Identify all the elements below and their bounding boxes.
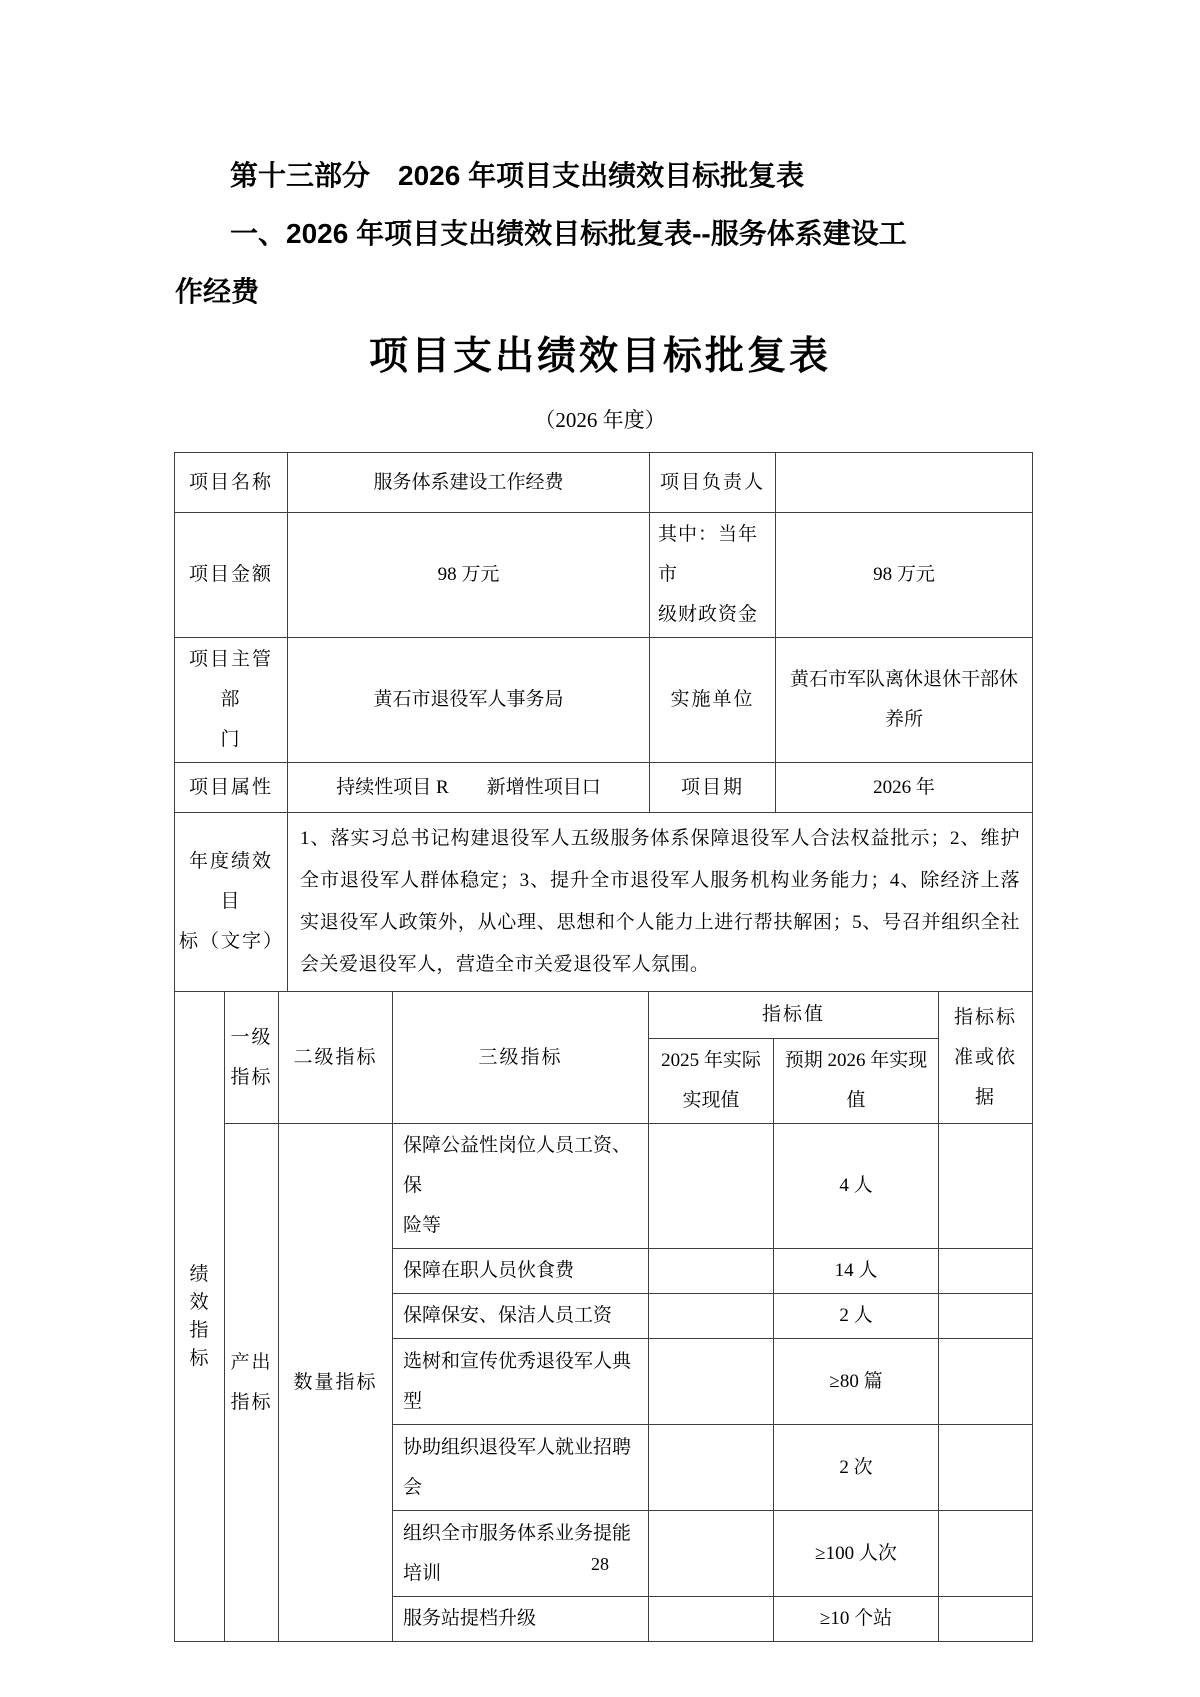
- sub-heading-line1: 一、2026 年项目支出绩效目标批复表--服务体系建设工: [230, 216, 907, 252]
- indicator-name: 选树和宣传优秀退役军人典 型: [393, 1339, 649, 1425]
- actual-2025-value: [649, 1294, 774, 1339]
- row-department: 项目主管部 门 黄石市退役军人事务局 实施单位 黄石市军队离休退休干部休 养所: [175, 638, 1033, 763]
- page-number: 28: [0, 1552, 1200, 1576]
- expected-2026-value: ≥80 篇: [774, 1339, 939, 1425]
- standard-value: [939, 1425, 1033, 1511]
- actual-2025-header: 2025 年实际 实现值: [649, 1039, 774, 1124]
- indicator-name: 保障保安、保洁人员工资: [393, 1294, 649, 1339]
- indicator-header-row-top: 绩 效 指 标 一级 指标 二级指标 三级指标 指标值 指标标 准或依 据: [175, 992, 1033, 1039]
- performance-section-label: 绩 效 指 标: [175, 992, 225, 1642]
- annual-goal-label: 年度绩效目 标（文字）: [175, 813, 288, 992]
- level2-header: 二级指标: [279, 992, 393, 1124]
- performance-indicator-table: 绩 效 指 标 一级 指标 二级指标 三级指标 指标值 指标标 准或依 据 20…: [174, 991, 1033, 1642]
- expected-2026-header: 预期 2026 年实现 值: [774, 1039, 939, 1124]
- level3-header: 三级指标: [393, 992, 649, 1124]
- actual-2025-value: [649, 1339, 774, 1425]
- city-fund-label: 其中：当年市 级财政资金: [650, 513, 776, 638]
- section-heading: 第十三部分 2026 年项目支出绩效目标批复表: [230, 158, 804, 194]
- row-attribute: 项目属性 持续性项目 R 新增性项目口 项目期 2026 年: [175, 763, 1033, 813]
- expected-2026-value: 4 人: [774, 1124, 939, 1249]
- form-year-subtitle: （2026 年度）: [0, 406, 1200, 434]
- city-fund-value: 98 万元: [776, 513, 1033, 638]
- row-project-amount: 项目金额 98 万元 其中：当年市 级财政资金 98 万元: [175, 513, 1033, 638]
- row-project-name: 项目名称 服务体系建设工作经费 项目负责人: [175, 453, 1033, 513]
- level1-header: 一级 指标: [225, 992, 279, 1124]
- expected-2026-value: 2 次: [774, 1425, 939, 1511]
- department-value: 黄石市退役军人事务局: [288, 638, 650, 763]
- attribute-value: 持续性项目 R 新增性项目口: [288, 763, 650, 813]
- standard-header: 指标标 准或依 据: [939, 992, 1033, 1124]
- expected-2026-value: ≥10 个站: [774, 1597, 939, 1642]
- attribute-label: 项目属性: [175, 763, 288, 813]
- project-name-value: 服务体系建设工作经费: [288, 453, 650, 513]
- actual-2025-value: [649, 1425, 774, 1511]
- project-leader-label: 项目负责人: [650, 453, 776, 513]
- approval-form-table: 项目名称 服务体系建设工作经费 项目负责人 项目金额 98 万元 其中：当年市 …: [174, 452, 1032, 1642]
- project-amount-value: 98 万元: [288, 513, 650, 638]
- indicator-name: 保障公益性岗位人员工资、保 险等: [393, 1124, 649, 1249]
- project-leader-value: [776, 453, 1033, 513]
- actual-2025-value: [649, 1124, 774, 1249]
- impl-unit-value: 黄石市军队离休退休干部休 养所: [776, 638, 1033, 763]
- document-page: 第十三部分 2026 年项目支出绩效目标批复表 一、2026 年项目支出绩效目标…: [0, 0, 1200, 1697]
- standard-value: [939, 1249, 1033, 1294]
- standard-value: [939, 1124, 1033, 1249]
- indicator-value-header: 指标值: [649, 992, 939, 1039]
- period-value: 2026 年: [776, 763, 1033, 813]
- indicator-name: 协助组织退役军人就业招聘 会: [393, 1425, 649, 1511]
- period-label: 项目期: [650, 763, 776, 813]
- project-info-table: 项目名称 服务体系建设工作经费 项目负责人 项目金额 98 万元 其中：当年市 …: [174, 452, 1033, 992]
- form-title: 项目支出绩效目标批复表: [0, 332, 1200, 382]
- annual-goal-text: 1、落实习总书记构建退役军人五级服务体系保障退役军人合法权益批示；2、维护全市退…: [288, 813, 1033, 992]
- standard-value: [939, 1294, 1033, 1339]
- actual-2025-value: [649, 1249, 774, 1294]
- expected-2026-value: 14 人: [774, 1249, 939, 1294]
- row-annual-goal: 年度绩效目 标（文字） 1、落实习总书记构建退役军人五级服务体系保障退役军人合法…: [175, 813, 1033, 992]
- indicator-name: 服务站提档升级: [393, 1597, 649, 1642]
- project-name-label: 项目名称: [175, 453, 288, 513]
- project-amount-label: 项目金额: [175, 513, 288, 638]
- expected-2026-value: 2 人: [774, 1294, 939, 1339]
- indicator-row: 产出 指标 数量指标 保障公益性岗位人员工资、保 险等 4 人: [175, 1124, 1033, 1249]
- actual-2025-value: [649, 1597, 774, 1642]
- impl-unit-label: 实施单位: [650, 638, 776, 763]
- standard-value: [939, 1597, 1033, 1642]
- sub-heading-line2: 作经费: [175, 274, 259, 310]
- department-label: 项目主管部 门: [175, 638, 288, 763]
- indicator-name: 保障在职人员伙食费: [393, 1249, 649, 1294]
- standard-value: [939, 1339, 1033, 1425]
